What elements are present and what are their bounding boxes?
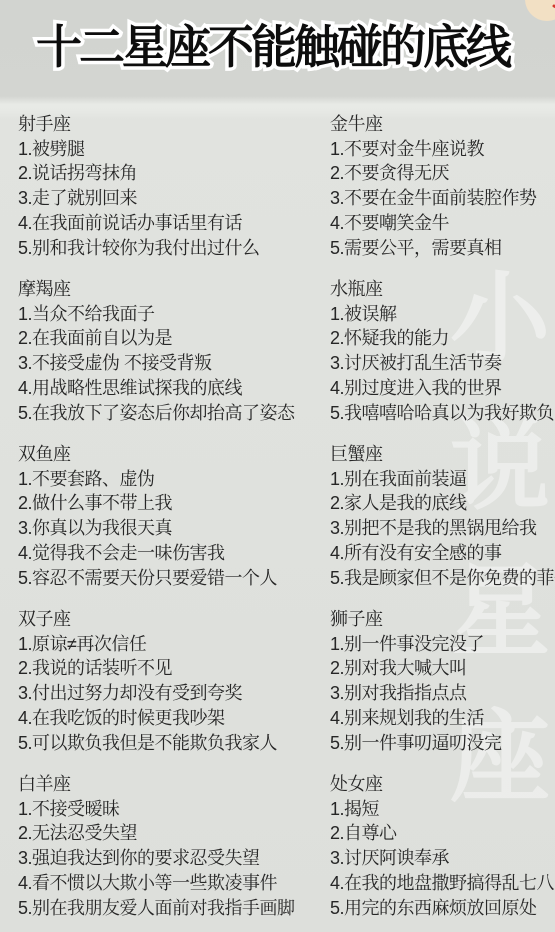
rule-item: 2.家人是我的底线 bbox=[330, 491, 555, 516]
rule-item: 5.别和我计较你为我付出过什么 bbox=[18, 236, 260, 261]
rule-item: 4.别过度进入我的世界 bbox=[330, 376, 554, 401]
rule-item: 2.说话拐弯抹角 bbox=[18, 161, 260, 186]
rule-item: 3.强迫我达到你的要求忍受失望 bbox=[18, 846, 295, 871]
rule-item: 2.无法忍受失望 bbox=[18, 821, 295, 846]
rule-item: 3.走了就别回来 bbox=[18, 186, 260, 211]
page-title-text: 十二星座不能触碰的底线 bbox=[36, 16, 509, 78]
rule-item: 2.我说的话装听不见 bbox=[18, 656, 277, 681]
rule-item: 1.被误解 bbox=[330, 302, 554, 327]
rule-item: 3.讨厌被打乱生活节奏 bbox=[330, 351, 554, 376]
section-capricorn: 摩羯座 1.当众不给我面子 2.在我面前自以为是 3.不接受虚伪 不接受背叛 4… bbox=[18, 277, 295, 425]
sign-name-capricorn: 摩羯座 bbox=[18, 277, 295, 302]
rule-item: 1.当众不给我面子 bbox=[18, 302, 295, 327]
section-cancer: 巨蟹座 1.别在我面前装逼 2.家人是我的底线 3.别把不是我的黑锅甩给我 4.… bbox=[330, 442, 555, 590]
section-gemini: 双子座 1.原谅≠再次信任 2.我说的话装听不见 3.付出过努力却没有受到夸奖 … bbox=[18, 607, 277, 755]
rule-item: 5.别一件事叨逼叨没完 bbox=[330, 731, 502, 756]
section-pisces: 双鱼座 1.不要套路、虚伪 2.做什么事不带上我 3.你真以为我很天真 4.觉得… bbox=[18, 442, 277, 590]
rule-item: 1.原谅≠再次信任 bbox=[18, 632, 277, 657]
rule-item: 4.不要嘲笑金牛 bbox=[330, 211, 537, 236]
rule-item: 2.不要贪得无厌 bbox=[330, 161, 537, 186]
sign-name-aries: 白羊座 bbox=[18, 772, 295, 797]
rule-item: 3.别对我指指点点 bbox=[330, 681, 502, 706]
rule-item: 3.别把不是我的黑锅甩给我 bbox=[330, 516, 555, 541]
rule-item: 4.别来规划我的生活 bbox=[330, 706, 502, 731]
rule-item: 3.不接受虚伪 不接受背叛 bbox=[18, 351, 295, 376]
rule-item: 5.容忍不需要天份只要爱错一个人 bbox=[18, 566, 277, 591]
infographic-canvas: 十二星座不能触碰的底线 十二星座不能触碰的底线 小说星座 射手座 1.被劈腿 2… bbox=[0, 0, 555, 932]
rule-item: 5.别在我朋友爱人面前对我指手画脚 bbox=[18, 896, 295, 921]
rule-item: 3.讨厌阿谀奉承 bbox=[330, 846, 554, 871]
rule-item: 5.我嘻嘻哈哈真以为我好欺负 bbox=[330, 401, 554, 426]
sign-name-gemini: 双子座 bbox=[18, 607, 277, 632]
rule-item: 1.别在我面前装逼 bbox=[330, 467, 555, 492]
section-aquarius: 水瓶座 1.被误解 2.怀疑我的能力 3.讨厌被打乱生活节奏 4.别过度进入我的… bbox=[330, 277, 554, 425]
rule-item: 5.用完的东西麻烦放回原处 bbox=[330, 896, 554, 921]
sticker-graphic bbox=[524, 0, 555, 22]
rule-item: 1.别一件事没完没了 bbox=[330, 632, 502, 657]
rule-item: 2.怀疑我的能力 bbox=[330, 326, 554, 351]
rule-item: 1.被劈腿 bbox=[18, 137, 260, 162]
rule-item: 4.觉得我不会走一味伤害我 bbox=[18, 541, 277, 566]
sign-name-cancer: 巨蟹座 bbox=[330, 442, 555, 467]
rule-item: 4.所有没有安全感的事 bbox=[330, 541, 555, 566]
rule-item: 2.别对我大喊大叫 bbox=[330, 656, 502, 681]
section-taurus: 金牛座 1.不要对金牛座说教 2.不要贪得无厌 3.不要在金牛面前装腔作势 4.… bbox=[330, 112, 537, 260]
rule-item: 2.做什么事不带上我 bbox=[18, 491, 277, 516]
rule-item: 1.不要对金牛座说教 bbox=[330, 137, 537, 162]
rule-item: 1.不要套路、虚伪 bbox=[18, 467, 277, 492]
rule-item: 5.需要公平，需要真相 bbox=[330, 236, 537, 261]
rule-item: 2.在我面前自以为是 bbox=[18, 326, 295, 351]
sign-name-leo: 狮子座 bbox=[330, 607, 502, 632]
rule-item: 2.自尊心 bbox=[330, 821, 554, 846]
sign-name-taurus: 金牛座 bbox=[330, 112, 537, 137]
rule-item: 3.不要在金牛面前装腔作势 bbox=[330, 186, 537, 211]
rule-item: 4.看不惯以大欺小等一些欺凌事件 bbox=[18, 871, 295, 896]
section-leo: 狮子座 1.别一件事没完没了 2.别对我大喊大叫 3.别对我指指点点 4.别来规… bbox=[330, 607, 502, 755]
sign-name-sagittarius: 射手座 bbox=[18, 112, 260, 137]
rule-item: 4.在我的地盘撒野搞得乱七八 bbox=[330, 871, 554, 896]
section-aries: 白羊座 1.不接受暧昧 2.无法忍受失望 3.强迫我达到你的要求忍受失望 4.看… bbox=[18, 772, 295, 920]
rule-item: 5.在我放下了姿态后你却抬高了姿态 bbox=[18, 401, 295, 426]
section-sagittarius: 射手座 1.被劈腿 2.说话拐弯抹角 3.走了就别回来 4.在我面前说话办事话里… bbox=[18, 112, 260, 260]
corner-sticker-icon bbox=[524, 0, 555, 22]
sign-name-aquarius: 水瓶座 bbox=[330, 277, 554, 302]
rule-item: 1.揭短 bbox=[330, 797, 554, 822]
rule-item: 5.可以欺负我但是不能欺负我家人 bbox=[18, 731, 277, 756]
rule-item: 4.在我面前说话办事话里有话 bbox=[18, 211, 260, 236]
rule-item: 3.付出过努力却没有受到夸奖 bbox=[18, 681, 277, 706]
sign-name-pisces: 双鱼座 bbox=[18, 442, 277, 467]
rule-item: 1.不接受暧昧 bbox=[18, 797, 295, 822]
rule-item: 5.我是顾家但不是你免费的菲佣 bbox=[330, 566, 555, 591]
section-virgo: 处女座 1.揭短 2.自尊心 3.讨厌阿谀奉承 4.在我的地盘撒野搞得乱七八 5… bbox=[330, 772, 554, 920]
rule-item: 4.用战略性思维试探我的底线 bbox=[18, 376, 295, 401]
sign-name-virgo: 处女座 bbox=[330, 772, 554, 797]
rule-item: 3.你真以为我很天真 bbox=[18, 516, 277, 541]
rule-item: 4.在我吃饭的时候更我吵架 bbox=[18, 706, 277, 731]
